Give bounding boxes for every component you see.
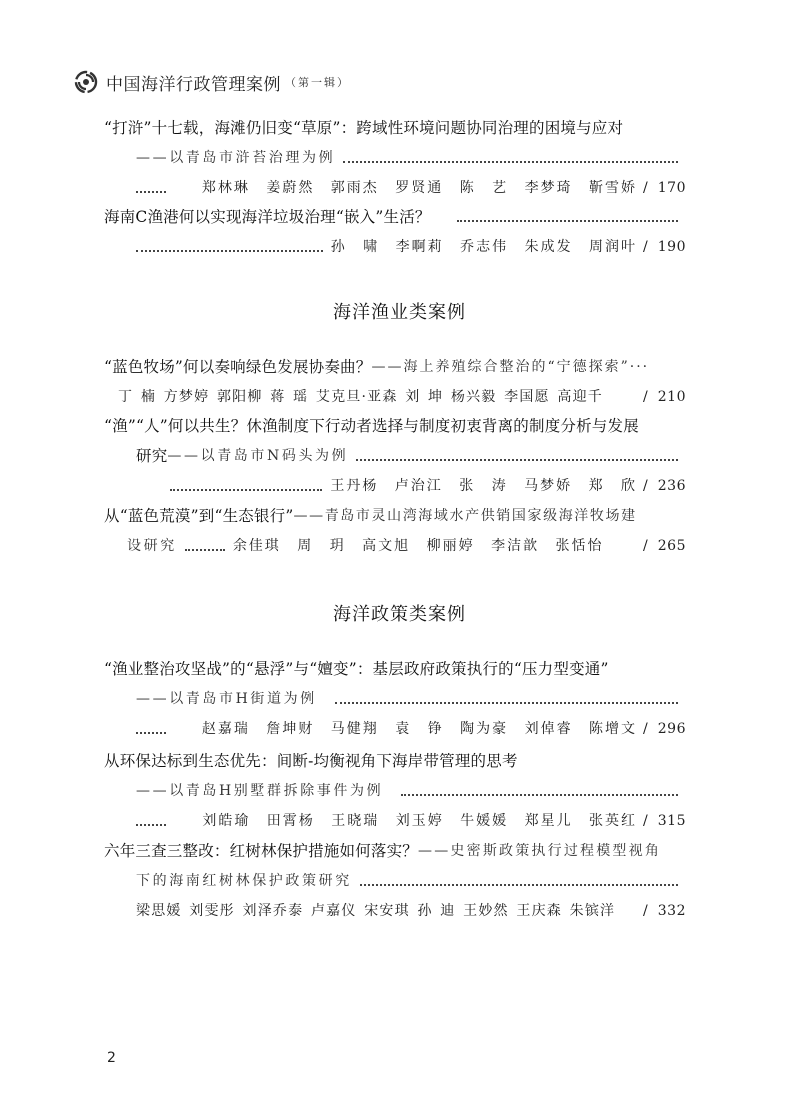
entry-authors: 郑林琳 姜蔚然 郭雨杰 罗贤通 陈 艺 李梦琦 靳雪娇 <box>202 175 637 201</box>
entry-subtitle: ——以青岛市浒苔治理为例 <box>136 145 335 171</box>
book-volume: （第一辑） <box>285 74 350 90</box>
dot-leader <box>457 220 678 222</box>
entry-title: 海南C渔港何以实现海洋垃圾治理“嵌入”生活？ <box>104 204 431 230</box>
separator: / <box>643 234 648 260</box>
entry-authors: 刘皓瑜 田霄杨 王晓瑞 刘玉婷 牛媛媛 郑星儿 张英红 <box>202 808 637 834</box>
entry-title: “蓝色牧场”何以奏响绿色发展协奏曲？ <box>104 354 371 380</box>
entry-subtitle-continued: 设研究 <box>127 533 177 559</box>
page-number-link[interactable]: 190 <box>658 234 686 260</box>
page-number-link[interactable]: 332 <box>658 898 686 924</box>
dot-leader <box>136 824 166 826</box>
dot-leader <box>401 794 678 796</box>
entry-subtitle: ——青岛市灵山湾海域水产供销国家级海洋牧场建 <box>294 503 637 529</box>
entry-title: 从环保达标到生态优先：间断-均衡视角下海岸带管理的思考 <box>104 748 518 774</box>
toc-entry-authors-line[interactable]: 刘皓瑜 田霄杨 王晓瑞 刘玉婷 牛媛媛 郑星儿 张英红 / 315 <box>136 808 686 834</box>
toc-entry-title: 六年三查三整改：红树林保护措施如何落实？ ——史密斯政策执行过程模型视角 <box>104 838 686 864</box>
entry-subtitle: ——以青岛H别墅群拆除事件为例 <box>136 778 383 804</box>
toc-entry-subtitle-line: 下的海南红树林保护政策研究 <box>136 868 686 894</box>
toc-entry-authors-line[interactable]: 孙 啸 李啊莉 乔志伟 朱成发 周润叶 / 190 <box>136 234 686 260</box>
toc-entry-authors-line[interactable]: 王丹杨 卢治江 张 涛 马梦娇 郑 欣 / 236 <box>170 473 686 499</box>
dot-leader <box>136 732 166 734</box>
separator: / <box>643 473 648 499</box>
toc-entry-title: 从“蓝色荒漠”到“生态银行” ——青岛市灵山湾海域水产供销国家级海洋牧场建 <box>104 503 686 529</box>
dot-leader <box>136 191 166 193</box>
entry-subtitle: ——海上养殖综合整治的“宁德探索”··· <box>371 354 649 380</box>
toc-entry-title: “打浒”十七载，海滩仍旧变“草原”：跨域性环境问题协同治理的困境与应对 <box>104 115 686 141</box>
page-number-link[interactable]: 296 <box>658 716 686 742</box>
separator: / <box>643 175 648 201</box>
toc-entry-title: “渔业整治攻坚战”的“悬浮”与“嬗变”：基层政府政策执行的“压力型变通” <box>104 656 686 682</box>
spiral-swirl-icon <box>74 70 98 94</box>
entry-authors: 梁思媛 刘雯彤 刘泽乔泰 卢嘉仪 宋安琪 孙 迪 王妙然 王庆森 朱镔洋 <box>136 898 615 924</box>
separator: / <box>643 533 648 559</box>
entry-title: “打浒”十七载，海滩仍旧变“草原”：跨域性环境问题协同治理的困境与应对 <box>104 115 623 141</box>
dot-leader <box>343 161 678 163</box>
entry-title: “渔业整治攻坚战”的“悬浮”与“嬗变”：基层政府政策执行的“压力型变通” <box>104 656 609 682</box>
separator: / <box>643 808 648 834</box>
dot-leader <box>360 884 678 886</box>
dot-leader <box>185 549 225 551</box>
separator: / <box>643 716 648 742</box>
entry-subtitle: ——以青岛市H街道为例 <box>136 686 317 712</box>
entry-title: 从“蓝色荒漠”到“生态银行” <box>104 503 294 529</box>
entry-authors: 王丹杨 卢治江 张 涛 马梦娇 郑 欣 <box>330 473 637 499</box>
page-number-link[interactable]: 265 <box>658 533 686 559</box>
dot-leader <box>136 250 323 252</box>
separator: / <box>643 898 648 924</box>
toc-entry-authors-line[interactable]: 设研究 余佳琪 周 玥 高文旭 柳丽婷 李洁歆 张恬怡 / 265 <box>127 533 686 559</box>
page-number-link[interactable]: 315 <box>658 808 686 834</box>
toc-entry-title: 海南C渔港何以实现海洋垃圾治理“嵌入”生活？ <box>104 204 686 230</box>
dot-leader <box>170 489 322 491</box>
separator: / <box>643 384 648 410</box>
toc-entry-subtitle-line: ——以青岛市浒苔治理为例 <box>136 145 686 171</box>
toc-entry-subtitle-line: 研究 ——以青岛市N码头为例 <box>136 443 686 469</box>
toc-entry-authors-line[interactable]: 梁思媛 刘雯彤 刘泽乔泰 卢嘉仪 宋安琪 孙 迪 王妙然 王庆森 朱镔洋 / 3… <box>136 898 686 924</box>
toc-entry-authors-line[interactable]: 郑林琳 姜蔚然 郭雨杰 罗贤通 陈 艺 李梦琦 靳雪娇 / 170 <box>136 175 686 201</box>
entry-title: “渔”“人”何以共生？休渔制度下行动者选择与制度初衷背离的制度分析与发展 <box>104 413 639 439</box>
entry-subtitle: ——史密斯政策执行过程模型视角 <box>418 838 661 864</box>
toc-entry-subtitle-line: ——以青岛市H街道为例 <box>136 686 686 712</box>
entry-authors: 赵嘉瑞 詹坤财 马健翔 袁 铮 陶为豪 刘倬睿 陈增文 <box>202 716 637 742</box>
toc-entry-subtitle-line: ——以青岛H别墅群拆除事件为例 <box>136 778 686 804</box>
toc-entry-title: “蓝色牧场”何以奏响绿色发展协奏曲？ ——海上养殖综合整治的“宁德探索”··· <box>104 354 686 380</box>
section-heading-policy: 海洋政策类案例 <box>0 600 799 626</box>
entry-authors: 丁 楠 方梦婷 郭阳柳 蒋 瑶 艾克旦·亚森 刘 坤 杨兴毅 李国愿 高迎千 <box>118 384 603 410</box>
entry-authors: 孙 啸 李啊莉 乔志伟 朱成发 周润叶 <box>331 234 637 260</box>
toc-entry-authors-line[interactable]: 赵嘉瑞 詹坤财 马健翔 袁 铮 陶为豪 刘倬睿 陈增文 / 296 <box>136 716 686 742</box>
entry-subtitle: ——以青岛市N码头为例 <box>167 443 348 469</box>
page-number-link[interactable]: 170 <box>658 175 686 201</box>
page-number-link[interactable]: 236 <box>658 473 686 499</box>
toc-entry-title: “渔”“人”何以共生？休渔制度下行动者选择与制度初衷背离的制度分析与发展 <box>104 413 686 439</box>
footer-page-number: 2 <box>107 1050 116 1066</box>
book-title: 中国海洋行政管理案例 <box>106 70 281 95</box>
entry-title: 六年三查三整改：红树林保护措施如何落实？ <box>104 838 418 864</box>
entry-authors: 余佳琪 周 玥 高文旭 柳丽婷 李洁歆 张恬怡 <box>233 533 604 559</box>
running-header: 中国海洋行政管理案例 （第一辑） <box>74 68 350 96</box>
toc-entry-authors-line[interactable]: 丁 楠 方梦婷 郭阳柳 蒋 瑶 艾克旦·亚森 刘 坤 杨兴毅 李国愿 高迎千 /… <box>118 384 686 410</box>
entry-title-continued: 研究 <box>136 443 167 469</box>
page-number-link[interactable]: 210 <box>658 384 686 410</box>
dot-leader <box>335 702 678 704</box>
toc-entry-title: 从环保达标到生态优先：间断-均衡视角下海岸带管理的思考 <box>104 748 686 774</box>
entry-subtitle-continued: 下的海南红树林保护政策研究 <box>136 868 352 894</box>
section-heading-fishery: 海洋渔业类案例 <box>0 298 799 324</box>
dot-leader <box>356 459 678 461</box>
